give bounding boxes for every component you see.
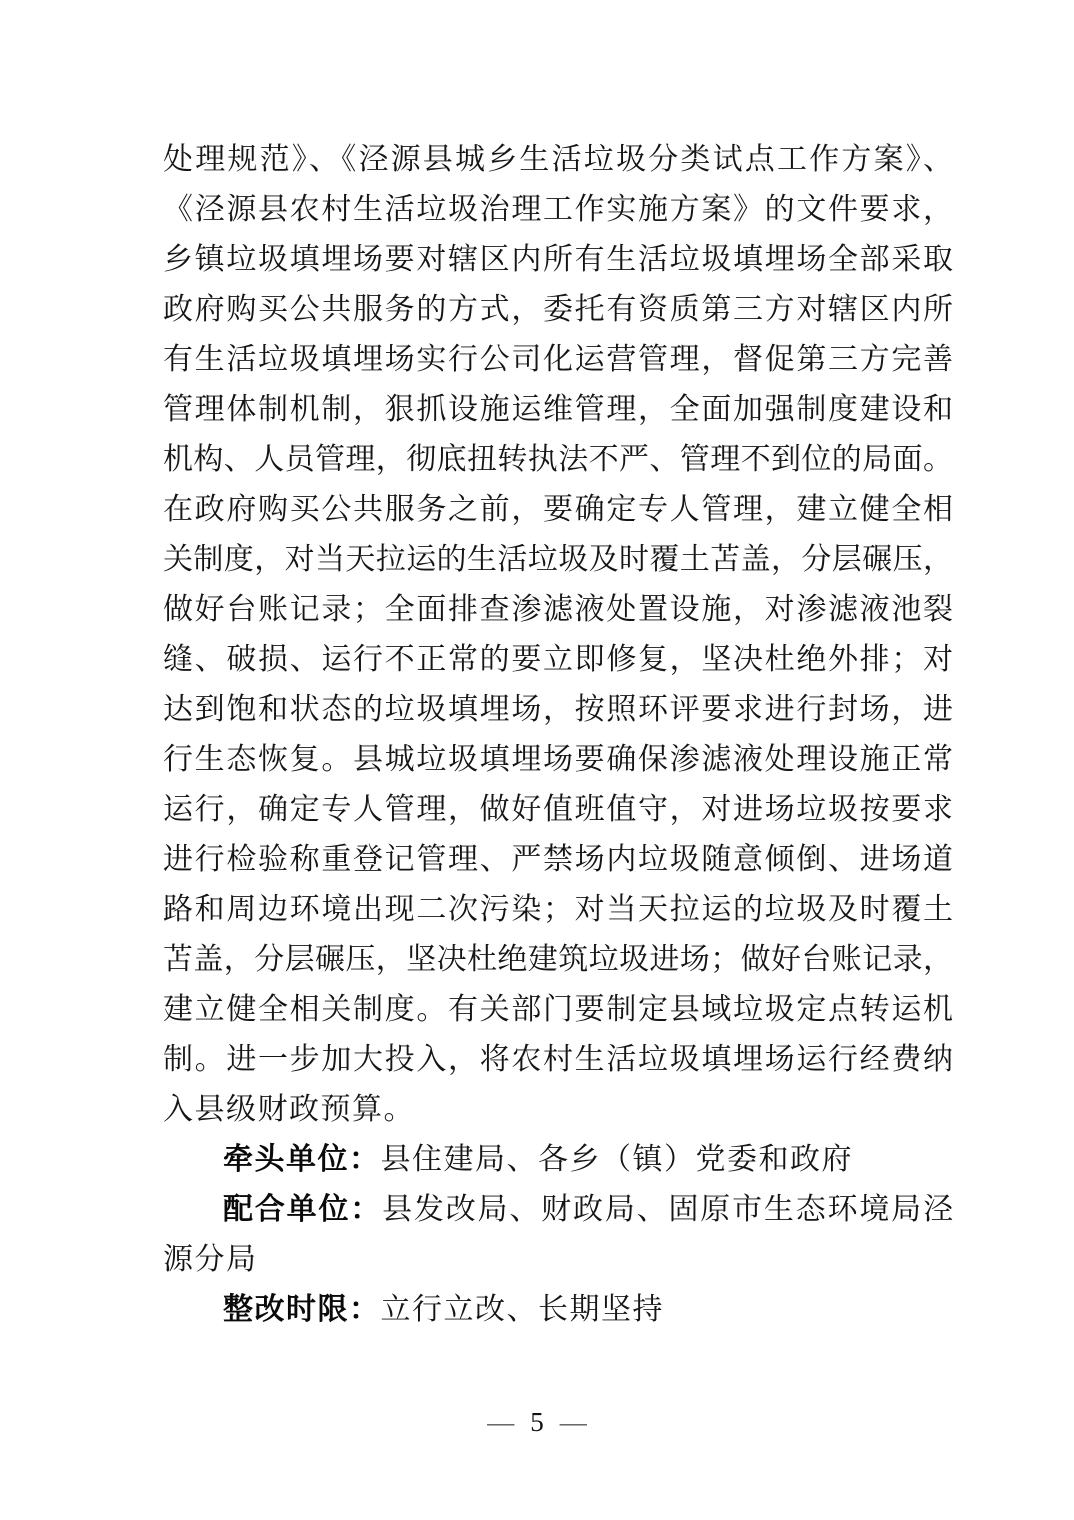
paragraph-line: 管理体制机制，狠抓设施运维管理，全面加强制度建设和	[163, 385, 953, 435]
support-unit-continuation: 源分局	[163, 1235, 953, 1285]
deadline-label: 整改时限：	[223, 1293, 381, 1326]
paragraph-line: 关制度，对当天拉运的生活垃圾及时覆土苫盖，分层碾压，	[163, 535, 953, 585]
paragraph-line: 行生态恢复。县城垃圾填埋场要确保渗滤液处理设施正常	[163, 735, 953, 785]
paragraph-line: 政府购买公共服务的方式，委托有资质第三方对辖区内所	[163, 285, 953, 335]
lead-unit-label: 牵头单位：	[223, 1143, 381, 1176]
paragraph-line: 制。进一步加大投入，将农村生活垃圾填埋场运行经费纳	[163, 1035, 953, 1085]
lead-unit-value: 县住建局、各乡（镇）党委和政府	[381, 1143, 854, 1176]
paragraph-line: 运行，确定专人管理，做好值班值守，对进场垃圾按要求	[163, 785, 953, 835]
paragraph-line: 有生活垃圾填埋场实行公司化运营管理，督促第三方完善	[163, 335, 953, 385]
paragraph-line-last: 入县级财政预算。	[163, 1085, 953, 1135]
paragraph-line: 做好台账记录；全面排查渗滤液处置设施，对渗滤液池裂	[163, 585, 953, 635]
deadline-line: 整改时限：立行立改、长期坚持	[163, 1285, 953, 1335]
document-body: 处理规范》、《泾源县城乡生活垃圾分类试点工作方案》、 《泾源县农村生活垃圾治理工…	[163, 135, 953, 1335]
support-unit-label: 配合单位：	[223, 1193, 382, 1226]
paragraph-line: 进行检验称重登记管理、严禁场内垃圾随意倾倒、进场道	[163, 835, 953, 885]
lead-unit-line: 牵头单位：县住建局、各乡（镇）党委和政府	[163, 1135, 953, 1185]
support-unit-value: 县发改局、财政局、固原市生态环境局泾	[382, 1193, 953, 1226]
support-unit-line: 配合单位：县发改局、财政局、固原市生态环境局泾	[163, 1185, 953, 1235]
paragraph-line: 机构、人员管理，彻底扭转执法不严、管理不到位的局面。	[163, 435, 953, 485]
paragraph-line: 达到饱和状态的垃圾填埋场，按照环评要求进行封场，进	[163, 685, 953, 735]
paragraph-line: 建立健全相关制度。有关部门要制定县域垃圾定点转运机	[163, 985, 953, 1035]
paragraph-line: 缝、破损、运行不正常的要立即修复，坚决杜绝外排；对	[163, 635, 953, 685]
footer-dash-right: —	[560, 1407, 587, 1437]
paragraph-line: 《泾源县农村生活垃圾治理工作实施方案》的文件要求，	[163, 185, 953, 235]
paragraph-line: 在政府购买公共服务之前，要确定专人管理，建立健全相	[163, 485, 953, 535]
page-number: 5	[530, 1407, 544, 1437]
footer-dash-left: —	[487, 1407, 514, 1437]
paragraph-line: 乡镇垃圾填埋场要对辖区内所有生活垃圾填埋场全部采取	[163, 235, 953, 285]
document-page: 处理规范》、《泾源县城乡生活垃圾分类试点工作方案》、 《泾源县农村生活垃圾治理工…	[0, 0, 1074, 1520]
paragraph-line: 苫盖，分层碾压，坚决杜绝建筑垃圾进场；做好台账记录，	[163, 935, 953, 985]
paragraph-line: 路和周边环境出现二次污染；对当天拉运的垃圾及时覆土	[163, 885, 953, 935]
paragraph-line: 处理规范》、《泾源县城乡生活垃圾分类试点工作方案》、	[163, 135, 953, 185]
page-footer: —5—	[0, 1404, 1074, 1440]
deadline-value: 立行立改、长期坚持	[381, 1293, 665, 1326]
